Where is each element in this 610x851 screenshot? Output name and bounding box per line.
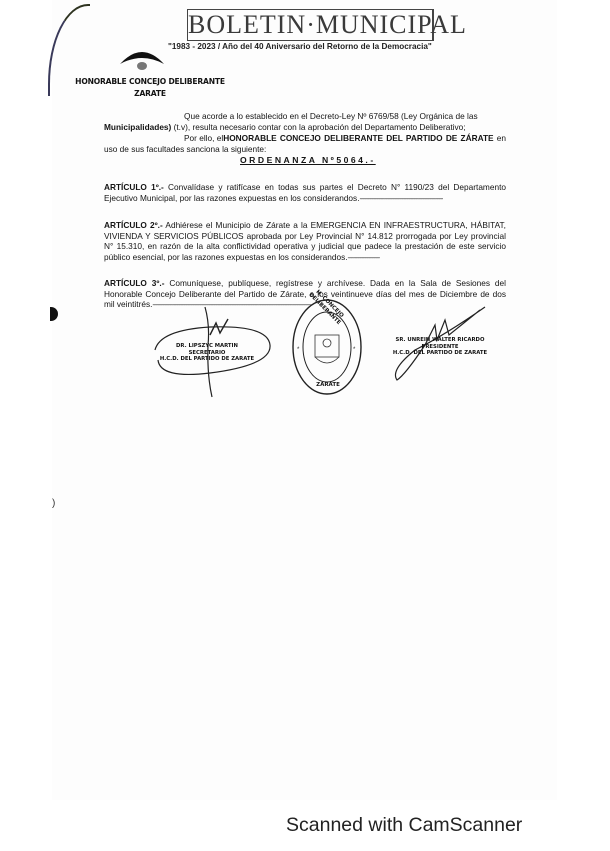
secretary-signature-block: DR. LIPSZYC MARTIN SECRETARIO H.C.D. DEL… [152,343,262,363]
article-1: ARTÍCULO 1º.- Convalídase y ratifícase e… [104,182,506,203]
institution-city: ZARATE [70,88,230,100]
article-2-text-before: Adhiérese el Municipio de Zárate a la [163,220,311,230]
article-3-label: ARTÍCULO 3º.- [104,278,164,288]
article-2-trail: ------------------ [348,252,380,262]
preamble-2-lead: Por ello, el [104,133,223,144]
president-body: H.C.D. DEL PARTIDO DE ZARATE [385,350,495,357]
masthead-title: BOLETIN·MUNICIPAL [187,9,434,41]
ordinance-title: ORDENANZA Nº5064.- [240,155,376,165]
article-1-text: Convalídase y ratifícase en todas sus pa… [104,182,506,203]
institution-name: HONORABLE CONCEJO DELIBERANTE [70,76,230,88]
camscanner-watermark: Scanned with CamScanner [286,814,522,837]
svg-text:*: * [297,347,300,353]
svg-text:*: * [353,347,356,353]
preamble-1-rest: (t.v), resulta necesario contar con la a… [171,122,465,132]
president-name: SR. UNREIN WALTER RICARDO [385,337,495,344]
secretary-body: H.C.D. DEL PARTIDO DE ZARATE [152,356,262,363]
article-1-trail: ----------------------------------------… [360,193,443,203]
edge-mark: ) [52,498,55,509]
preamble-paragraph-1: Que acorde a lo establecido en el Decret… [104,111,506,132]
article-2-label: ARTÍCULO 2º.- [104,220,163,230]
motto-line: "1983 - 2023 / Año del 40 Aniversario de… [168,42,468,51]
president-signature-block: SR. UNREIN WALTER RICARDO PRESIDENTE H.C… [385,337,495,357]
article-1-label: ARTÍCULO 1º.- [104,182,164,192]
preamble-paragraph-2: Por ello, el HONORABLE CONCEJO DELIBERAN… [104,133,506,154]
article-2: ARTÍCULO 2º.- Adhiérese el Municipio de … [104,220,506,262]
preamble-1-lead: Que acorde a lo establecido en el Decret… [104,111,478,122]
seal-bottom-text: ZARATE [311,382,345,389]
preamble-2-bold: HONORABLE CONCEJO DELIBERANTE DEL PARTID… [223,133,493,143]
council-logo-icon [118,46,166,72]
preamble-1-bold: Municipalidades) [104,122,171,132]
institution-block: HONORABLE CONCEJO DELIBERANTE ZARATE [70,76,230,100]
